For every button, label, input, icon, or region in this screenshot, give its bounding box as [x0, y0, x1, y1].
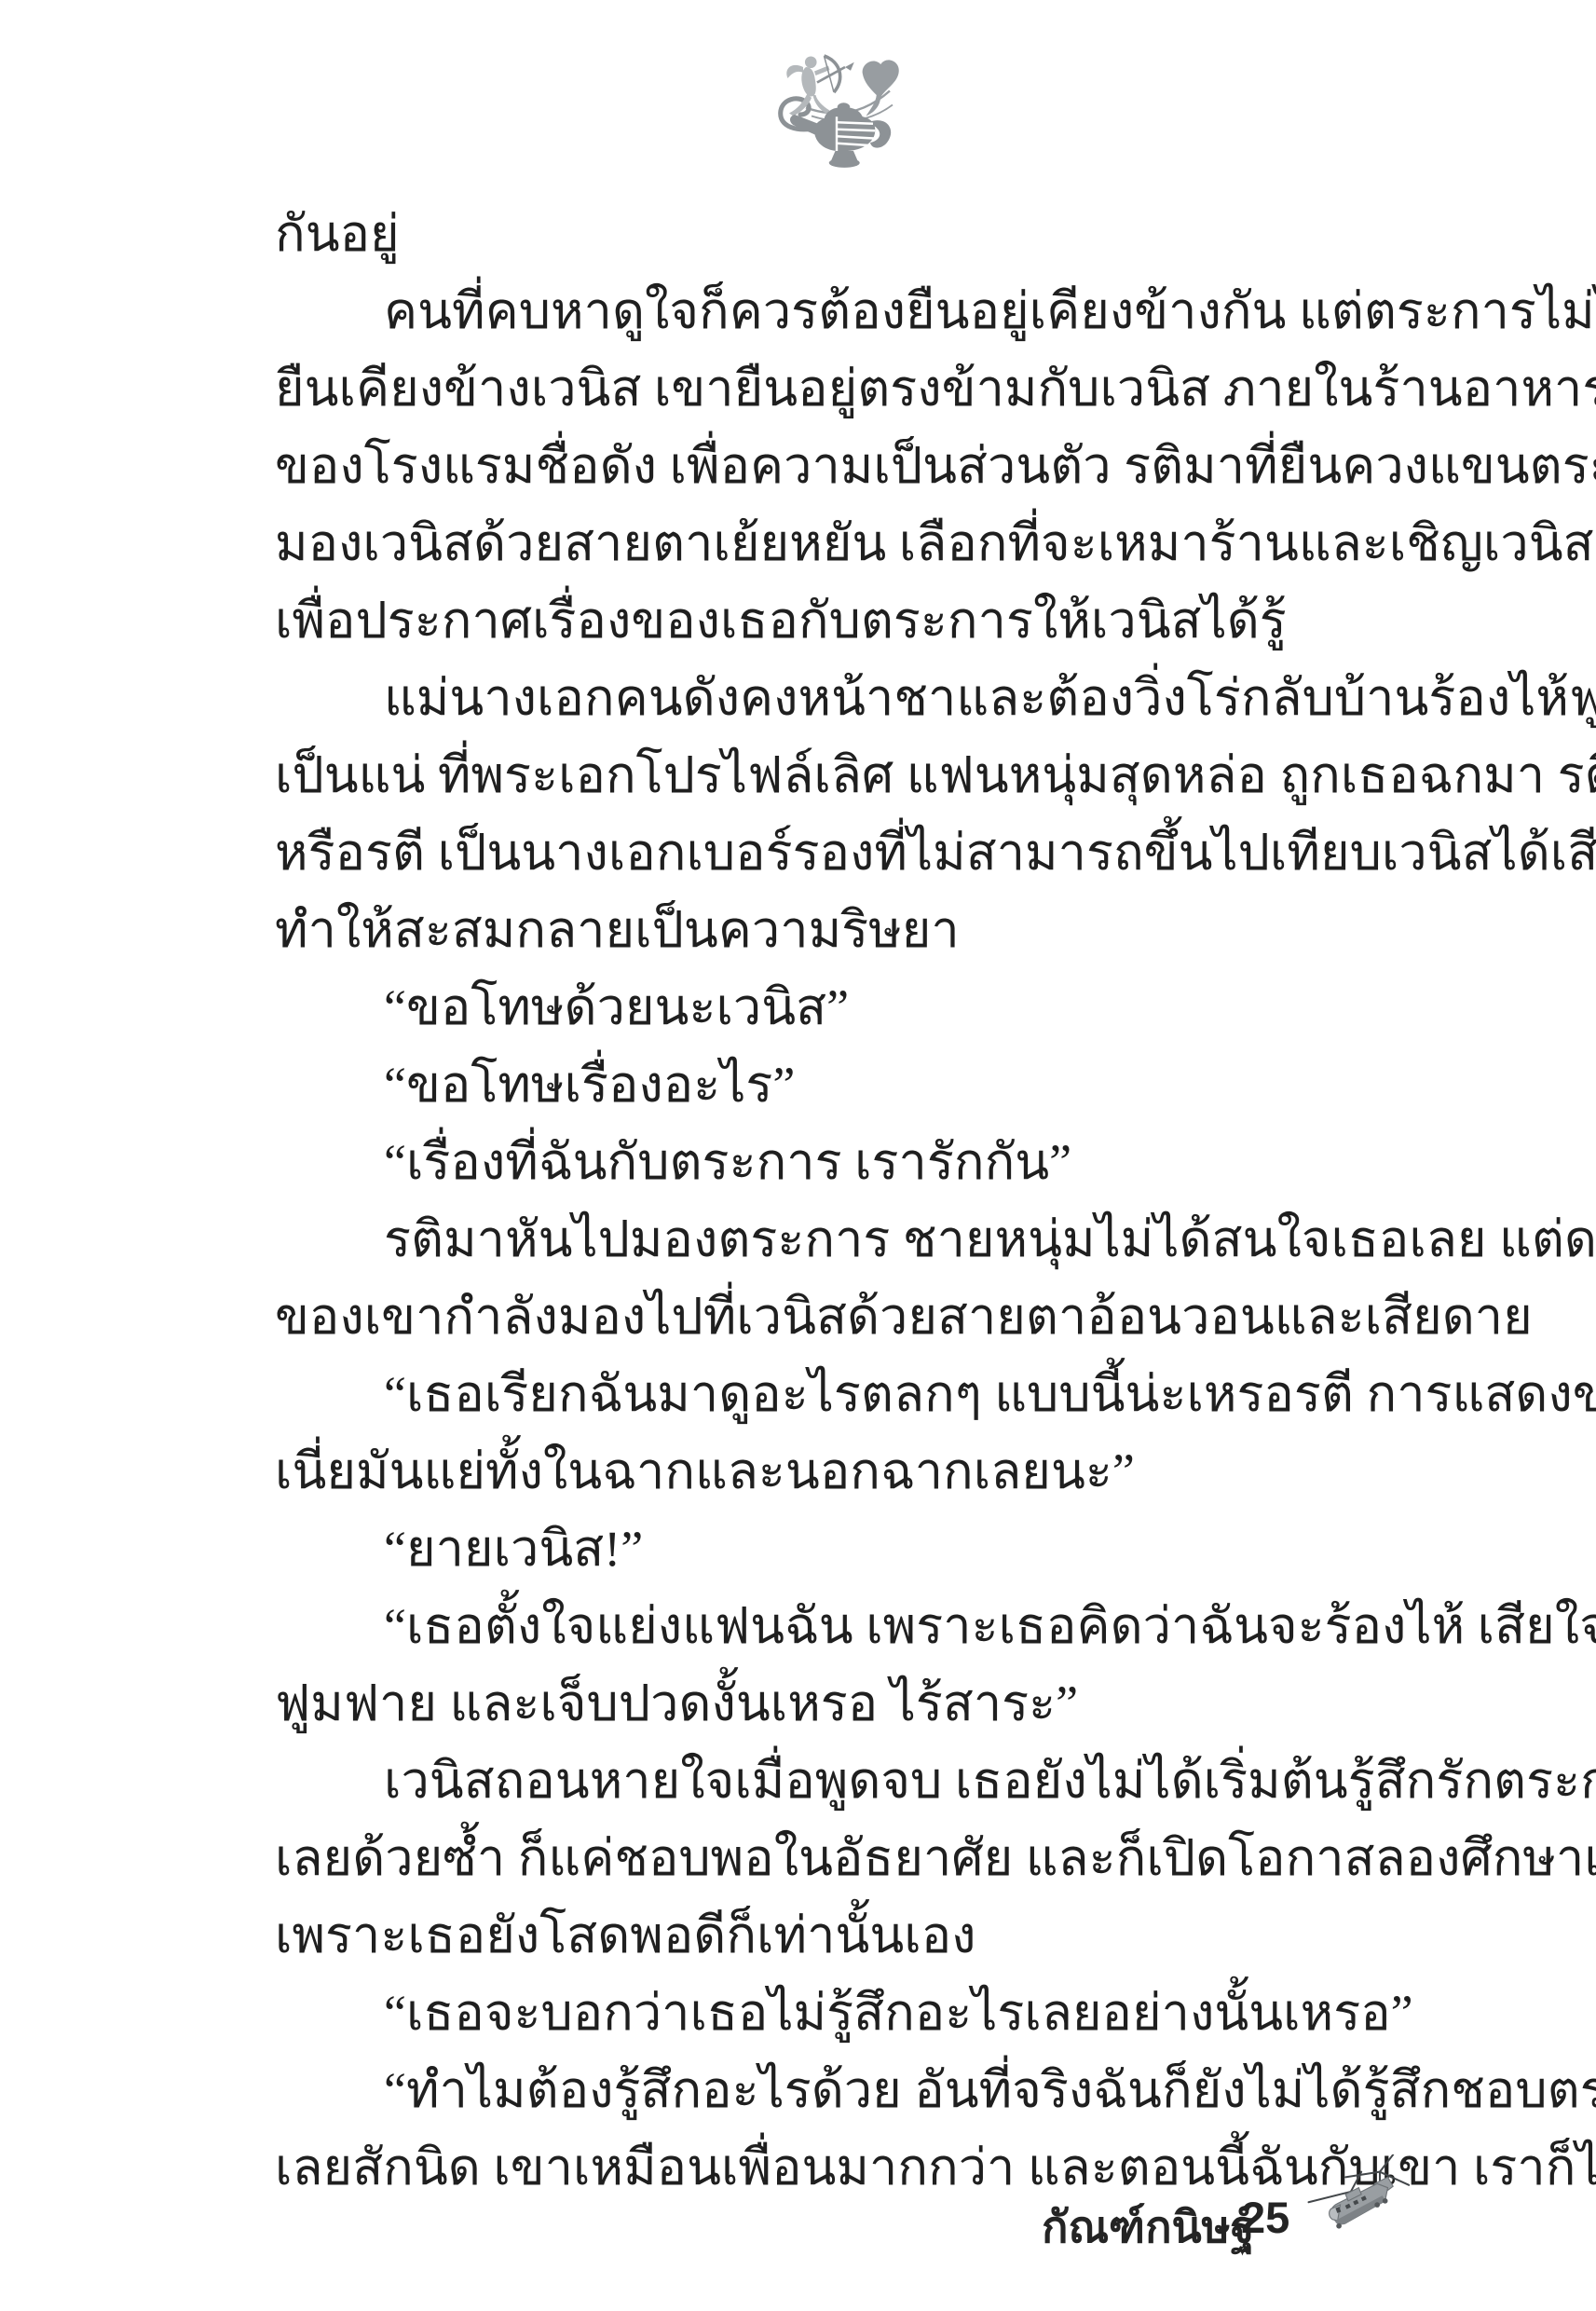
page-text: กันอยู่ คนที่คบหาดูใจก็ควรต้องยืนอยู่เคี…: [275, 196, 1402, 2207]
body-line: คนที่คบหาดูใจก็ควรต้องยืนอยู่เคียงข้างกั…: [275, 273, 1402, 350]
body-line: ของโรงแรมชื่อดัง เพื่อความเป็นส่วนตัว รต…: [275, 428, 1402, 505]
body-line dialogue: “เธอจะบอกว่าเธอไม่รู้สึกอะไรเลยอย่างนั้น…: [275, 1975, 1402, 2052]
body-line: กันอยู่: [275, 196, 1402, 273]
body-line: เวนิสถอนหายใจเมื่อพูดจบ เธอยังไม่ได้เริ่…: [275, 1743, 1402, 1820]
body-line: เป็นแน่ ที่พระเอกโปรไฟล์เลิศ แฟนหนุ่มสุด…: [275, 737, 1402, 814]
body-line: ของเขากำลังมองไปที่เวนิสด้วยสายตาอ้อนวอน…: [275, 1279, 1402, 1356]
body-line: ยืนเคียงข้างเวนิส เขายืนอยู่ตรงข้ามกับเว…: [275, 350, 1402, 428]
body-line: รติมาหันไปมองตระการ ชายหนุ่มไม่ได้สนใจเธ…: [275, 1201, 1402, 1279]
genie-lamp-icon: [764, 48, 932, 181]
body-line dialogue: “ขอโทษด้วยนะเวนิส”: [275, 969, 1402, 1046]
page-number: 25: [1241, 2192, 1289, 2243]
body-line dialogue: “เธอตั้งใจแย่งแฟนฉัน เพราะเธอคิดว่าฉันจะ…: [275, 1588, 1402, 1665]
body-line dialogue: ฟูมฟาย และเจ็บปวดงั้นเหรอ ไร้สาระ”: [275, 1665, 1402, 1743]
body-line: เพื่อประกาศเรื่องของเธอกับตระการให้เวนิส…: [275, 582, 1402, 660]
body-line: เพราะเธอยังโสดพอดีก็เท่านั้นเอง: [275, 1897, 1402, 1975]
lamp-cupid-ornament: [764, 48, 932, 181]
body-line dialogue: เนี่ยมันแย่ทั้งในฉากและนอกฉากเลยนะ”: [275, 1433, 1402, 1511]
body-line dialogue: “เรื่องที่ฉันกับตระการ เรารักกัน”: [275, 1124, 1402, 1201]
body-line: ทำให้สะสมกลายเป็นความริษยา: [275, 892, 1402, 969]
body-line dialogue: “ขอโทษเรื่องอะไร”: [275, 1046, 1402, 1124]
body-line dialogue: “ทำไมต้องรู้สึกอะไรด้วย อันที่จริงฉันก็ย…: [275, 2052, 1402, 2129]
body-line: หรือรตี เป็นนางเอกเบอร์รองที่ไม่สามารถขึ…: [275, 814, 1402, 892]
body-line dialogue: “เธอเรียกฉันมาดูอะไรตลกๆ แบบนี้น่ะเหรอรต…: [275, 1356, 1402, 1433]
body-line: แม่นางเอกคนดังคงหน้าชาและต้องวิ่งโร่กลับ…: [275, 660, 1402, 737]
body-line: เลยด้วยซ้ำ ก็แค่ชอบพอในอัธยาศัย และก็เปิ…: [275, 1820, 1402, 1897]
helicopter-icon: [1301, 2154, 1459, 2274]
book-page: กันอยู่ คนที่คบหาดูใจก็ควรต้องยืนอยู่เคี…: [0, 0, 1596, 2311]
body-line: มองเวนิสด้วยสายตาเย้ยหยัน เลือกที่จะเหมา…: [275, 505, 1402, 582]
body-line dialogue: “ยายเวนิส!”: [275, 1511, 1402, 1588]
running-title: กัณฑ์กนิษฐ์: [1042, 2192, 1255, 2262]
